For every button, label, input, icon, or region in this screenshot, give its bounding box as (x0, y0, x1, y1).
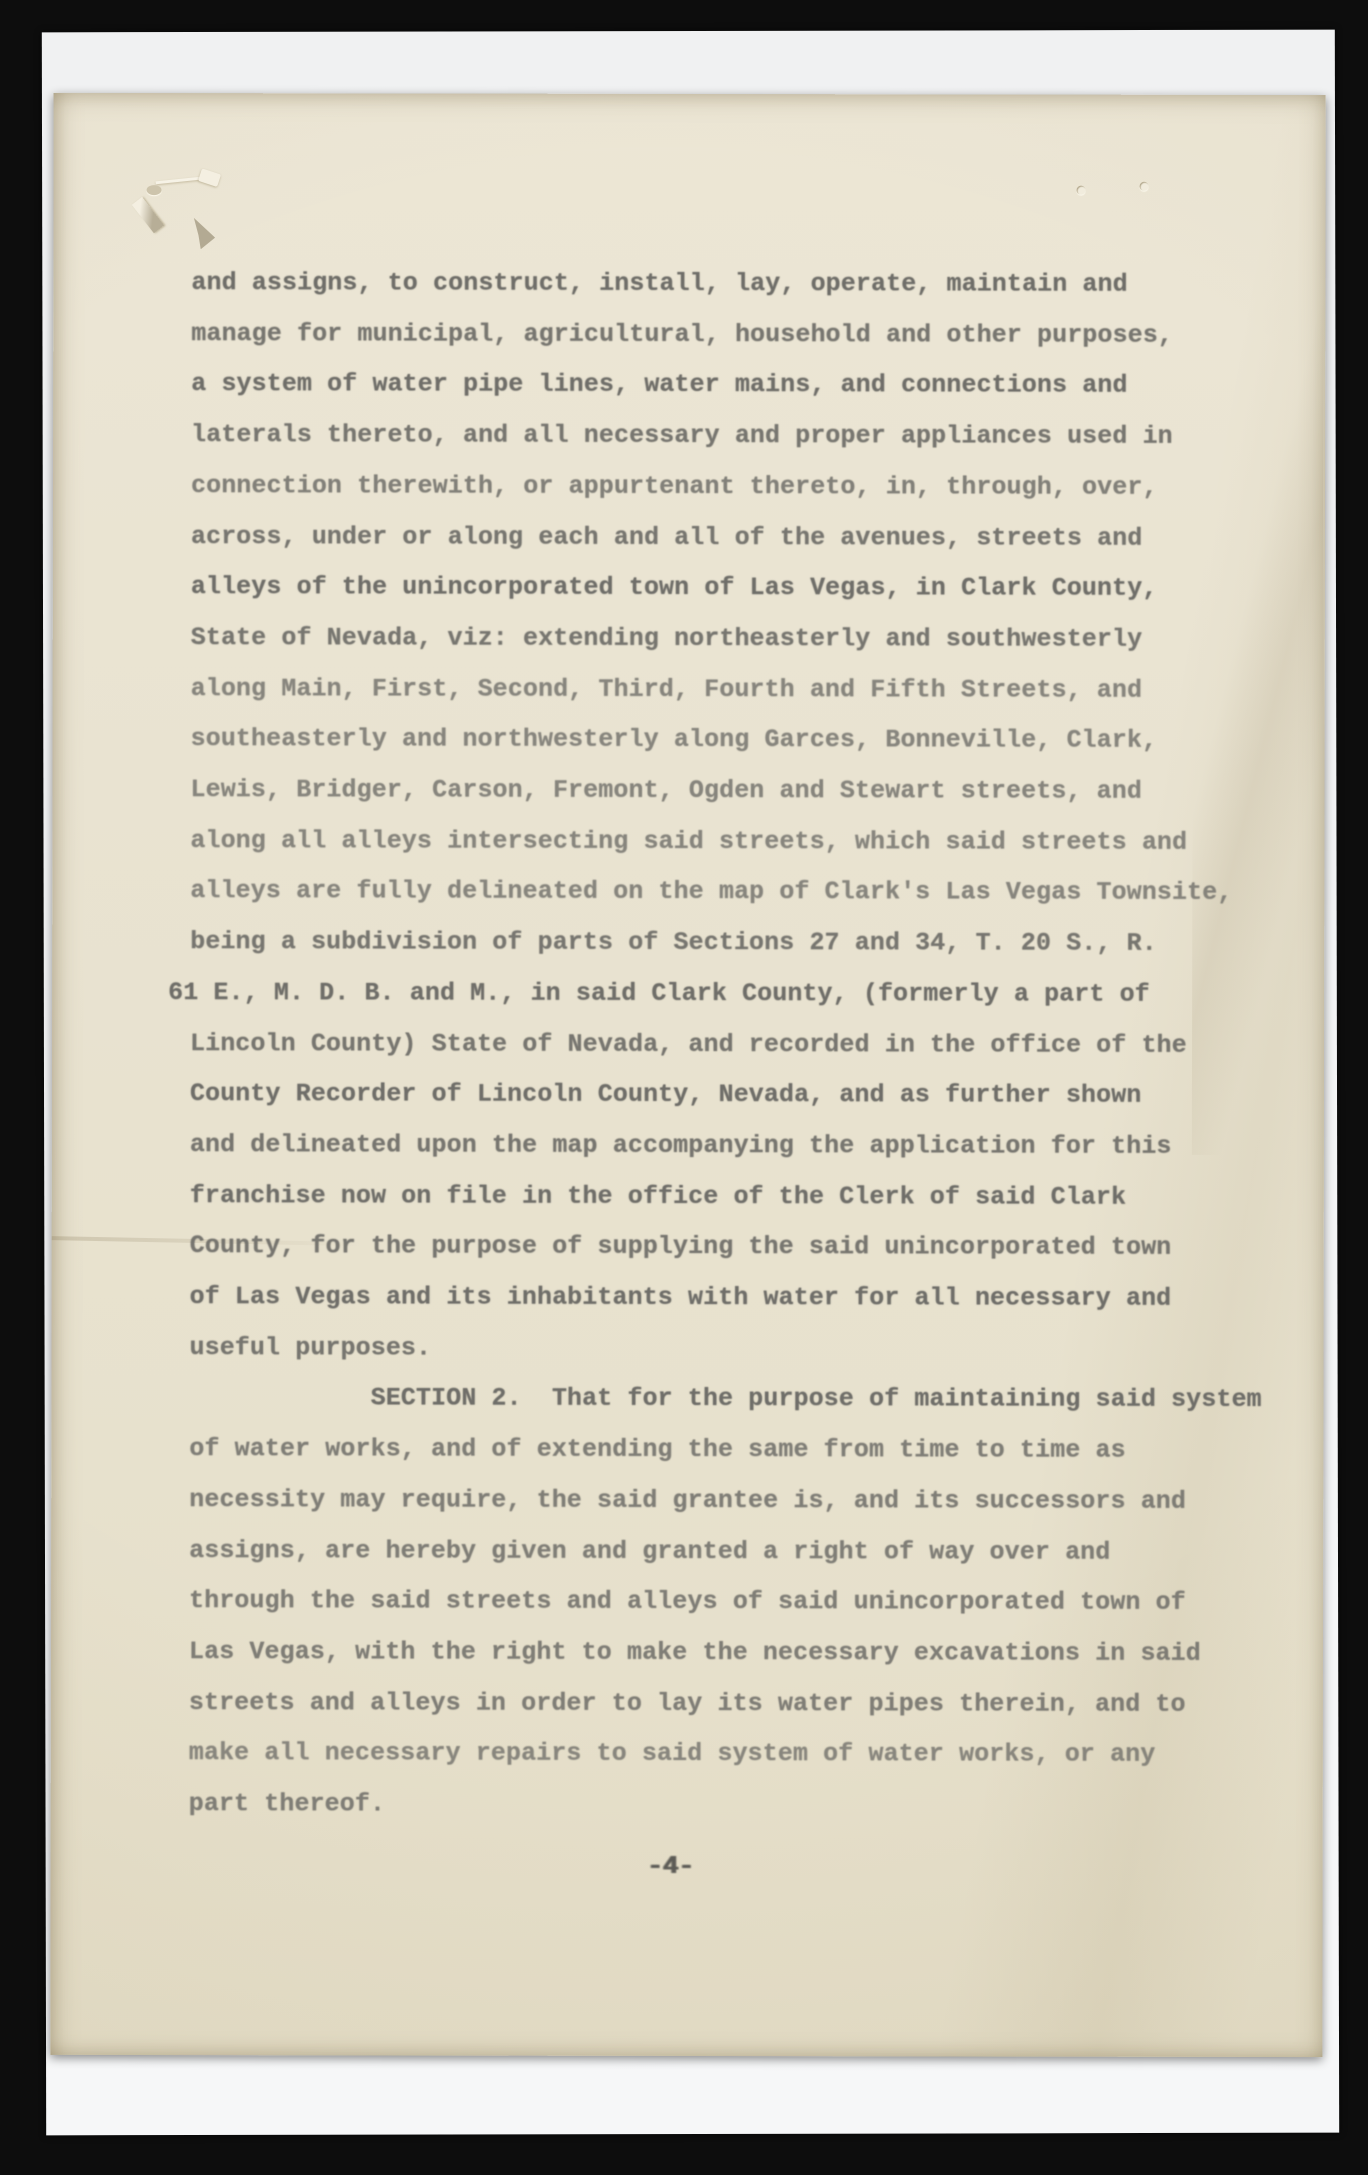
typed-line: assigns, are hereby given and granted a … (189, 1526, 1299, 1579)
typed-line: of water works, and of extending the sam… (189, 1424, 1299, 1477)
scan-background: and assigns, to construct, install, lay,… (0, 0, 1368, 2175)
typed-line: necessity may require, the said grantee … (189, 1475, 1299, 1528)
typed-line: a system of water pipe lines, water main… (191, 360, 1301, 413)
typed-line: Lewis, Bridger, Carson, Fremont, Ogden a… (190, 765, 1300, 818)
typed-line: County, for the purpose of supplying the… (190, 1221, 1300, 1274)
typed-line: southeasterly and northwesterly along Ga… (191, 714, 1301, 767)
typed-line: SECTION 2. That for the purpose of maint… (189, 1374, 1299, 1427)
document-page: and assigns, to construct, install, lay,… (50, 93, 1325, 2057)
typed-line: along all alleys intersecting said stree… (190, 816, 1300, 869)
typed-line: Las Vegas, with the right to make the ne… (189, 1627, 1299, 1680)
typed-line: through the said streets and alleys of s… (189, 1576, 1299, 1629)
typed-line: State of Nevada, viz: extending northeas… (191, 613, 1301, 666)
typed-line: laterals thereto, and all necessary and … (191, 410, 1301, 463)
typed-line: Lincoln County) State of Nevada, and rec… (190, 1019, 1300, 1072)
typed-line: alleys of the unincorporated town of Las… (191, 562, 1301, 615)
staple-hole (1077, 186, 1086, 195)
paper-tear-mark (185, 217, 217, 251)
typed-line: part thereof. (189, 1779, 1299, 1832)
typed-line: make all necessary repairs to said syste… (189, 1729, 1299, 1782)
typed-line: streets and alleys in order to lay its w… (189, 1678, 1299, 1731)
paper-tear-mark (156, 175, 218, 184)
typed-line: County Recorder of Lincoln County, Nevad… (190, 1069, 1300, 1122)
typed-line: along Main, First, Second, Third, Fourth… (191, 664, 1301, 717)
typed-line: and delineated upon the map accompanying… (190, 1120, 1300, 1173)
page-number: -4- (647, 1851, 694, 1881)
typed-line: 61 E., M. D. B. and M., in said Clark Co… (168, 968, 1278, 1021)
typed-line: and assigns, to construct, install, lay,… (191, 258, 1301, 311)
paper-tear-mark (198, 168, 221, 187)
typed-line: being a subdivision of parts of Sections… (190, 917, 1300, 970)
staple-hole (1140, 182, 1149, 191)
paper-tear-mark (132, 197, 164, 233)
typed-line: alleys are fully delineated on the map o… (190, 867, 1300, 920)
paper-tear-mark (147, 185, 162, 195)
typed-line: useful purposes. (189, 1323, 1299, 1376)
typed-line: of Las Vegas and its inhabitants with wa… (190, 1272, 1300, 1325)
typed-line: franchise now on file in the office of t… (190, 1171, 1300, 1224)
typed-line: across, under or along each and all of t… (191, 512, 1301, 565)
typed-line: connection therewith, or appurtenant the… (191, 461, 1301, 514)
typed-line: manage for municipal, agricultural, hous… (191, 309, 1301, 362)
typed-text-block: and assigns, to construct, install, lay,… (189, 258, 1302, 1832)
